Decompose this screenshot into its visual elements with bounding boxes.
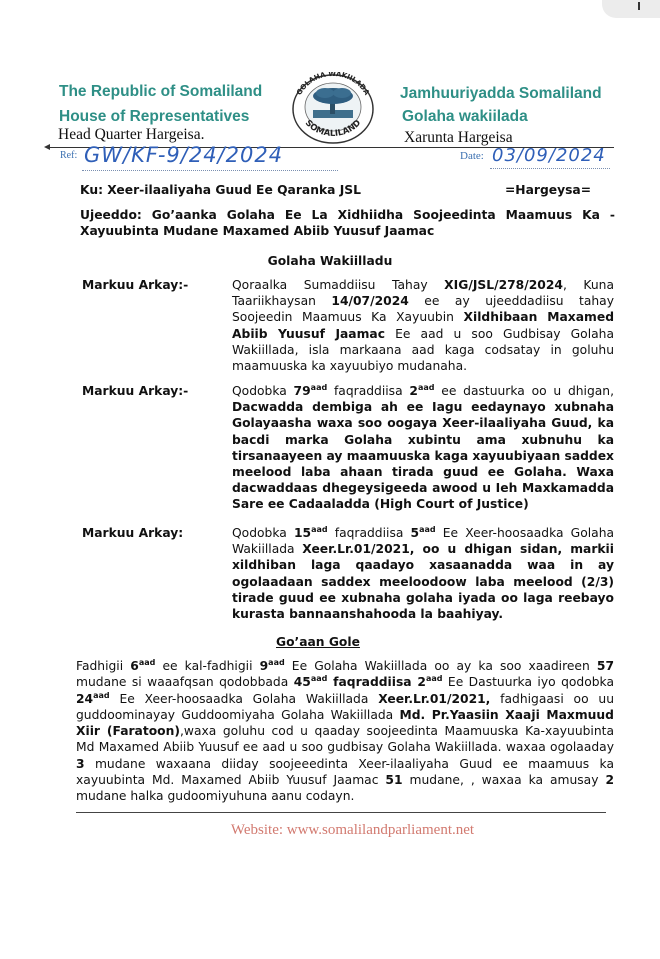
parliament-seal-logo-icon: GOLAHA WAKIILADA SOMALILAND bbox=[287, 72, 379, 144]
date-handwritten: 03/09/2024 bbox=[492, 145, 606, 166]
recipient-line: Ku: Xeer-ilaaliyaha Guud Ee Qaranka JSL bbox=[80, 183, 361, 197]
header-left: The Republic of Somaliland House of Repr… bbox=[59, 79, 262, 129]
subject-line-1: Ujeeddo: Go’aanka Golaha Ee La Xidhiidha… bbox=[80, 208, 615, 222]
corner-tab-handle bbox=[638, 2, 640, 10]
section-body: Qoraalka Sumaddiisu Tahay XIG/JSL/278/20… bbox=[232, 277, 614, 374]
date-dotted-line bbox=[490, 168, 610, 169]
section-label: Markuu Arkay:- bbox=[82, 278, 188, 292]
headquarter-en: Head Quarter Hargeisa. bbox=[58, 126, 204, 144]
section-body: Qodobka 79aad faqraddiisa 2aad ee dastuu… bbox=[232, 383, 614, 513]
date-label: Date: bbox=[460, 150, 484, 162]
location-line: =Hargeysa= bbox=[505, 183, 591, 197]
header-right: Jamhuuriyadda Somaliland Golaha wakiilad… bbox=[400, 82, 602, 128]
ref-label: Ref: bbox=[60, 150, 77, 161]
decision-heading: Go’aan Gole bbox=[276, 635, 360, 649]
decision-paragraph: Fadhigii 6aad ee kal-fadhigii 9aad Ee Go… bbox=[76, 658, 614, 805]
website-footer[interactable]: Website: www.somalilandparliament.net bbox=[0, 822, 660, 839]
subject-line-2: Xayuubinta Mudane Maxamed Abiib Yuusuf J… bbox=[80, 223, 615, 239]
republic-title-so: Jamhuuriyadda Somaliland bbox=[400, 82, 602, 105]
republic-title-en: The Republic of Somaliland bbox=[59, 79, 262, 104]
footer-divider bbox=[76, 812, 606, 813]
section-label: Markuu Arkay:- bbox=[82, 384, 188, 398]
subject-line: Ujeeddo: Go’aanka Golaha Ee La Xidhiidha… bbox=[80, 207, 615, 239]
section-label: Markuu Arkay: bbox=[82, 526, 183, 540]
house-title-so: Golaha wakiilada bbox=[400, 105, 602, 128]
body-heading: Golaha Wakiilladu bbox=[0, 254, 660, 268]
section-body: Qodobka 15aad faqraddiisa 5aad Ee Xeer-h… bbox=[232, 525, 614, 622]
ref-number-handwritten: GW/KF-9/24/2024 bbox=[84, 143, 283, 167]
ref-dotted-line bbox=[82, 170, 338, 172]
viewer-corner-tab[interactable] bbox=[602, 0, 660, 18]
